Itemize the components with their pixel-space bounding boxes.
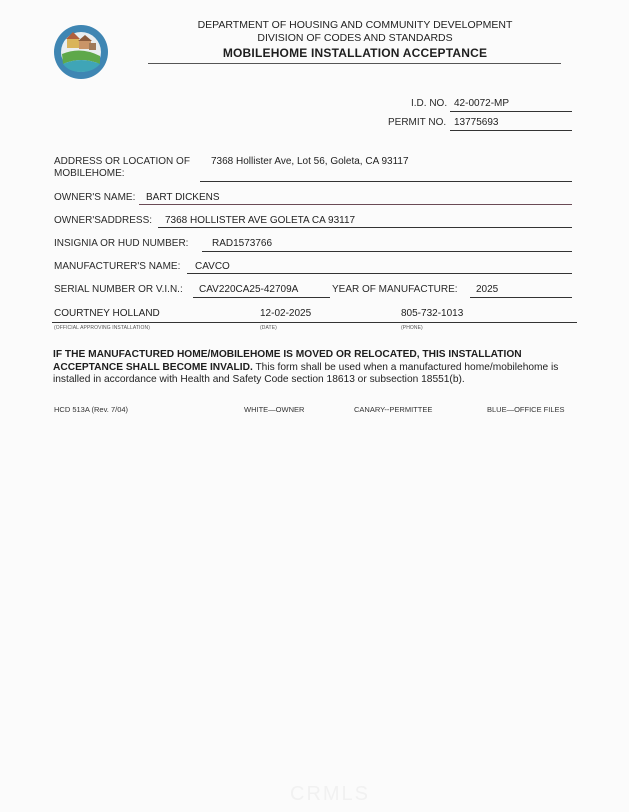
insignia-value: RAD1573766 [212,238,272,249]
owner-address-value: 7368 HOLLISTER AVE GOLETA CA 93117 [165,215,355,226]
copy-blue-office: BLUE—OFFICE FILES [487,405,565,414]
phone-caption: (PHONE) [401,325,423,331]
address-field[interactable] [200,181,572,182]
insignia-label: INSIGNIA OR HUD NUMBER: [54,238,188,249]
manufacturer-value: CAVCO [195,261,230,272]
id-number-label: I.D. NO. [411,98,447,109]
id-number-field[interactable] [450,111,572,112]
copy-canary-permittee: CANARY--PERMITTEE [354,405,432,414]
permit-number-label: PERMIT NO. [388,117,446,128]
form-title: MOBILEHOME INSTALLATION ACCEPTANCE [150,46,560,60]
insignia-field[interactable] [202,251,572,252]
owner-address-label: OWNER'SADDRESS: [54,215,152,226]
permit-number-field[interactable] [450,130,572,131]
year-field[interactable] [470,297,572,298]
date-value: 12-02-2025 [260,308,311,319]
form-number: HCD 513A (Rev. 7/04) [54,405,128,414]
manufacturer-field[interactable] [187,273,572,274]
date-caption: (DATE) [260,325,277,331]
title-divider [148,63,561,64]
address-label: ADDRESS OR LOCATION OF [54,156,190,167]
owner-address-field[interactable] [158,227,572,228]
approval-signature-line[interactable] [52,322,577,323]
serial-value: CAV220CA25-42709A [199,284,298,295]
serial-field[interactable] [193,297,330,298]
manufacturer-label: MANUFACTURER'S NAME: [54,261,180,272]
owner-name-label: OWNER'S NAME: [54,192,135,203]
serial-label: SERIAL NUMBER OR V.I.N.: [54,284,183,295]
year-label: YEAR OF MANUFACTURE: [332,284,458,295]
relocation-notice: IF THE MANUFACTURED HOME/MOBILEHOME IS M… [53,349,578,387]
owner-name-field[interactable] [139,204,572,205]
id-number-value: 42-0072-MP [454,98,509,109]
phone-value: 805-732-1013 [401,308,463,319]
year-value: 2025 [476,284,498,295]
division-name: DIVISION OF CODES AND STANDARDS [150,32,560,44]
address-label-cont: MOBILEHOME: [54,168,125,179]
official-value: COURTNEY HOLLAND [54,308,160,319]
official-caption: (OFFICIAL APPROVING INSTALLATION) [54,325,150,331]
owner-name-value: BART DICKENS [146,192,220,203]
hcd-seal-icon [53,24,109,80]
address-value: 7368 Hollister Ave, Lot 56, Goleta, CA 9… [211,156,409,167]
permit-number-value: 13775693 [454,117,499,128]
department-name: DEPARTMENT OF HOUSING AND COMMUNITY DEVE… [150,19,560,31]
crmls-watermark: CRMLS [290,783,370,806]
copy-white-owner: WHITE—OWNER [244,405,304,414]
